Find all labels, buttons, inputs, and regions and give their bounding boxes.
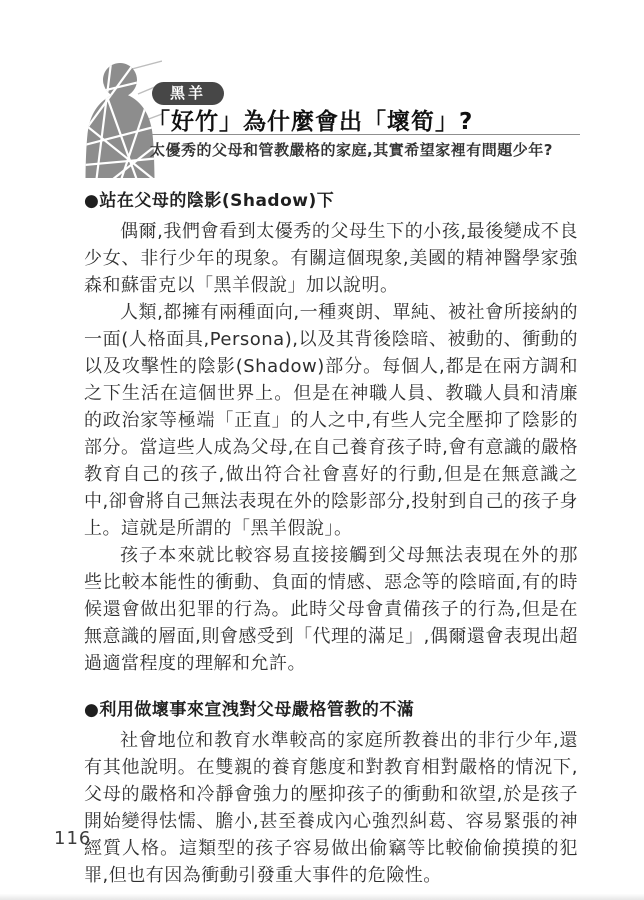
book-page: 黑羊 「好竹」為什麼會出「壞筍」? 太優秀的父母和管教嚴格的家庭,其實希望家裡有… bbox=[0, 0, 644, 900]
page-title: 「好竹」為什麼會出「壞筍」? bbox=[147, 103, 473, 136]
paragraph: 孩子本來就比較容易直接接觸到父母無法表現在外的那些比較本能性的衝動、負面的情感、… bbox=[84, 542, 578, 677]
section-heading: ●站在父母的陰影(Shadow)下 bbox=[84, 186, 578, 211]
page-bottom-edge bbox=[0, 894, 644, 900]
section-heading: ●利用做壞事來宣洩對父母嚴格管教的不滿 bbox=[84, 695, 578, 720]
body-content: ●站在父母的陰影(Shadow)下 偶爾,我們會看到太優秀的父母生下的小孩,最後… bbox=[84, 186, 578, 889]
paragraph: 人類,都擁有兩種面向,一種爽朗、單純、被社會所接納的一面(人格面具,Person… bbox=[84, 299, 578, 542]
page-number: 116 bbox=[54, 828, 91, 849]
paragraph: 社會地位和教育水準較高的家庭所教養出的非行少年,還有其他說明。在雙親的養育態度和… bbox=[84, 727, 578, 889]
section-shadow-of-parents: ●站在父母的陰影(Shadow)下 偶爾,我們會看到太優秀的父母生下的小孩,最後… bbox=[84, 186, 578, 677]
header-divider bbox=[148, 134, 580, 135]
paragraph: 偶爾,我們會看到太優秀的父母生下的小孩,最後變成不良少女、非行少年的現象。有關這… bbox=[84, 218, 578, 299]
topic-badge: 黑羊 bbox=[152, 82, 224, 105]
page-subtitle: 太優秀的父母和管教嚴格的家庭,其實希望家裡有問題少年? bbox=[150, 139, 553, 160]
section-venting-discontent: ●利用做壞事來宣洩對父母嚴格管教的不滿 社會地位和教育水準較高的家庭所教養出的非… bbox=[84, 695, 578, 889]
